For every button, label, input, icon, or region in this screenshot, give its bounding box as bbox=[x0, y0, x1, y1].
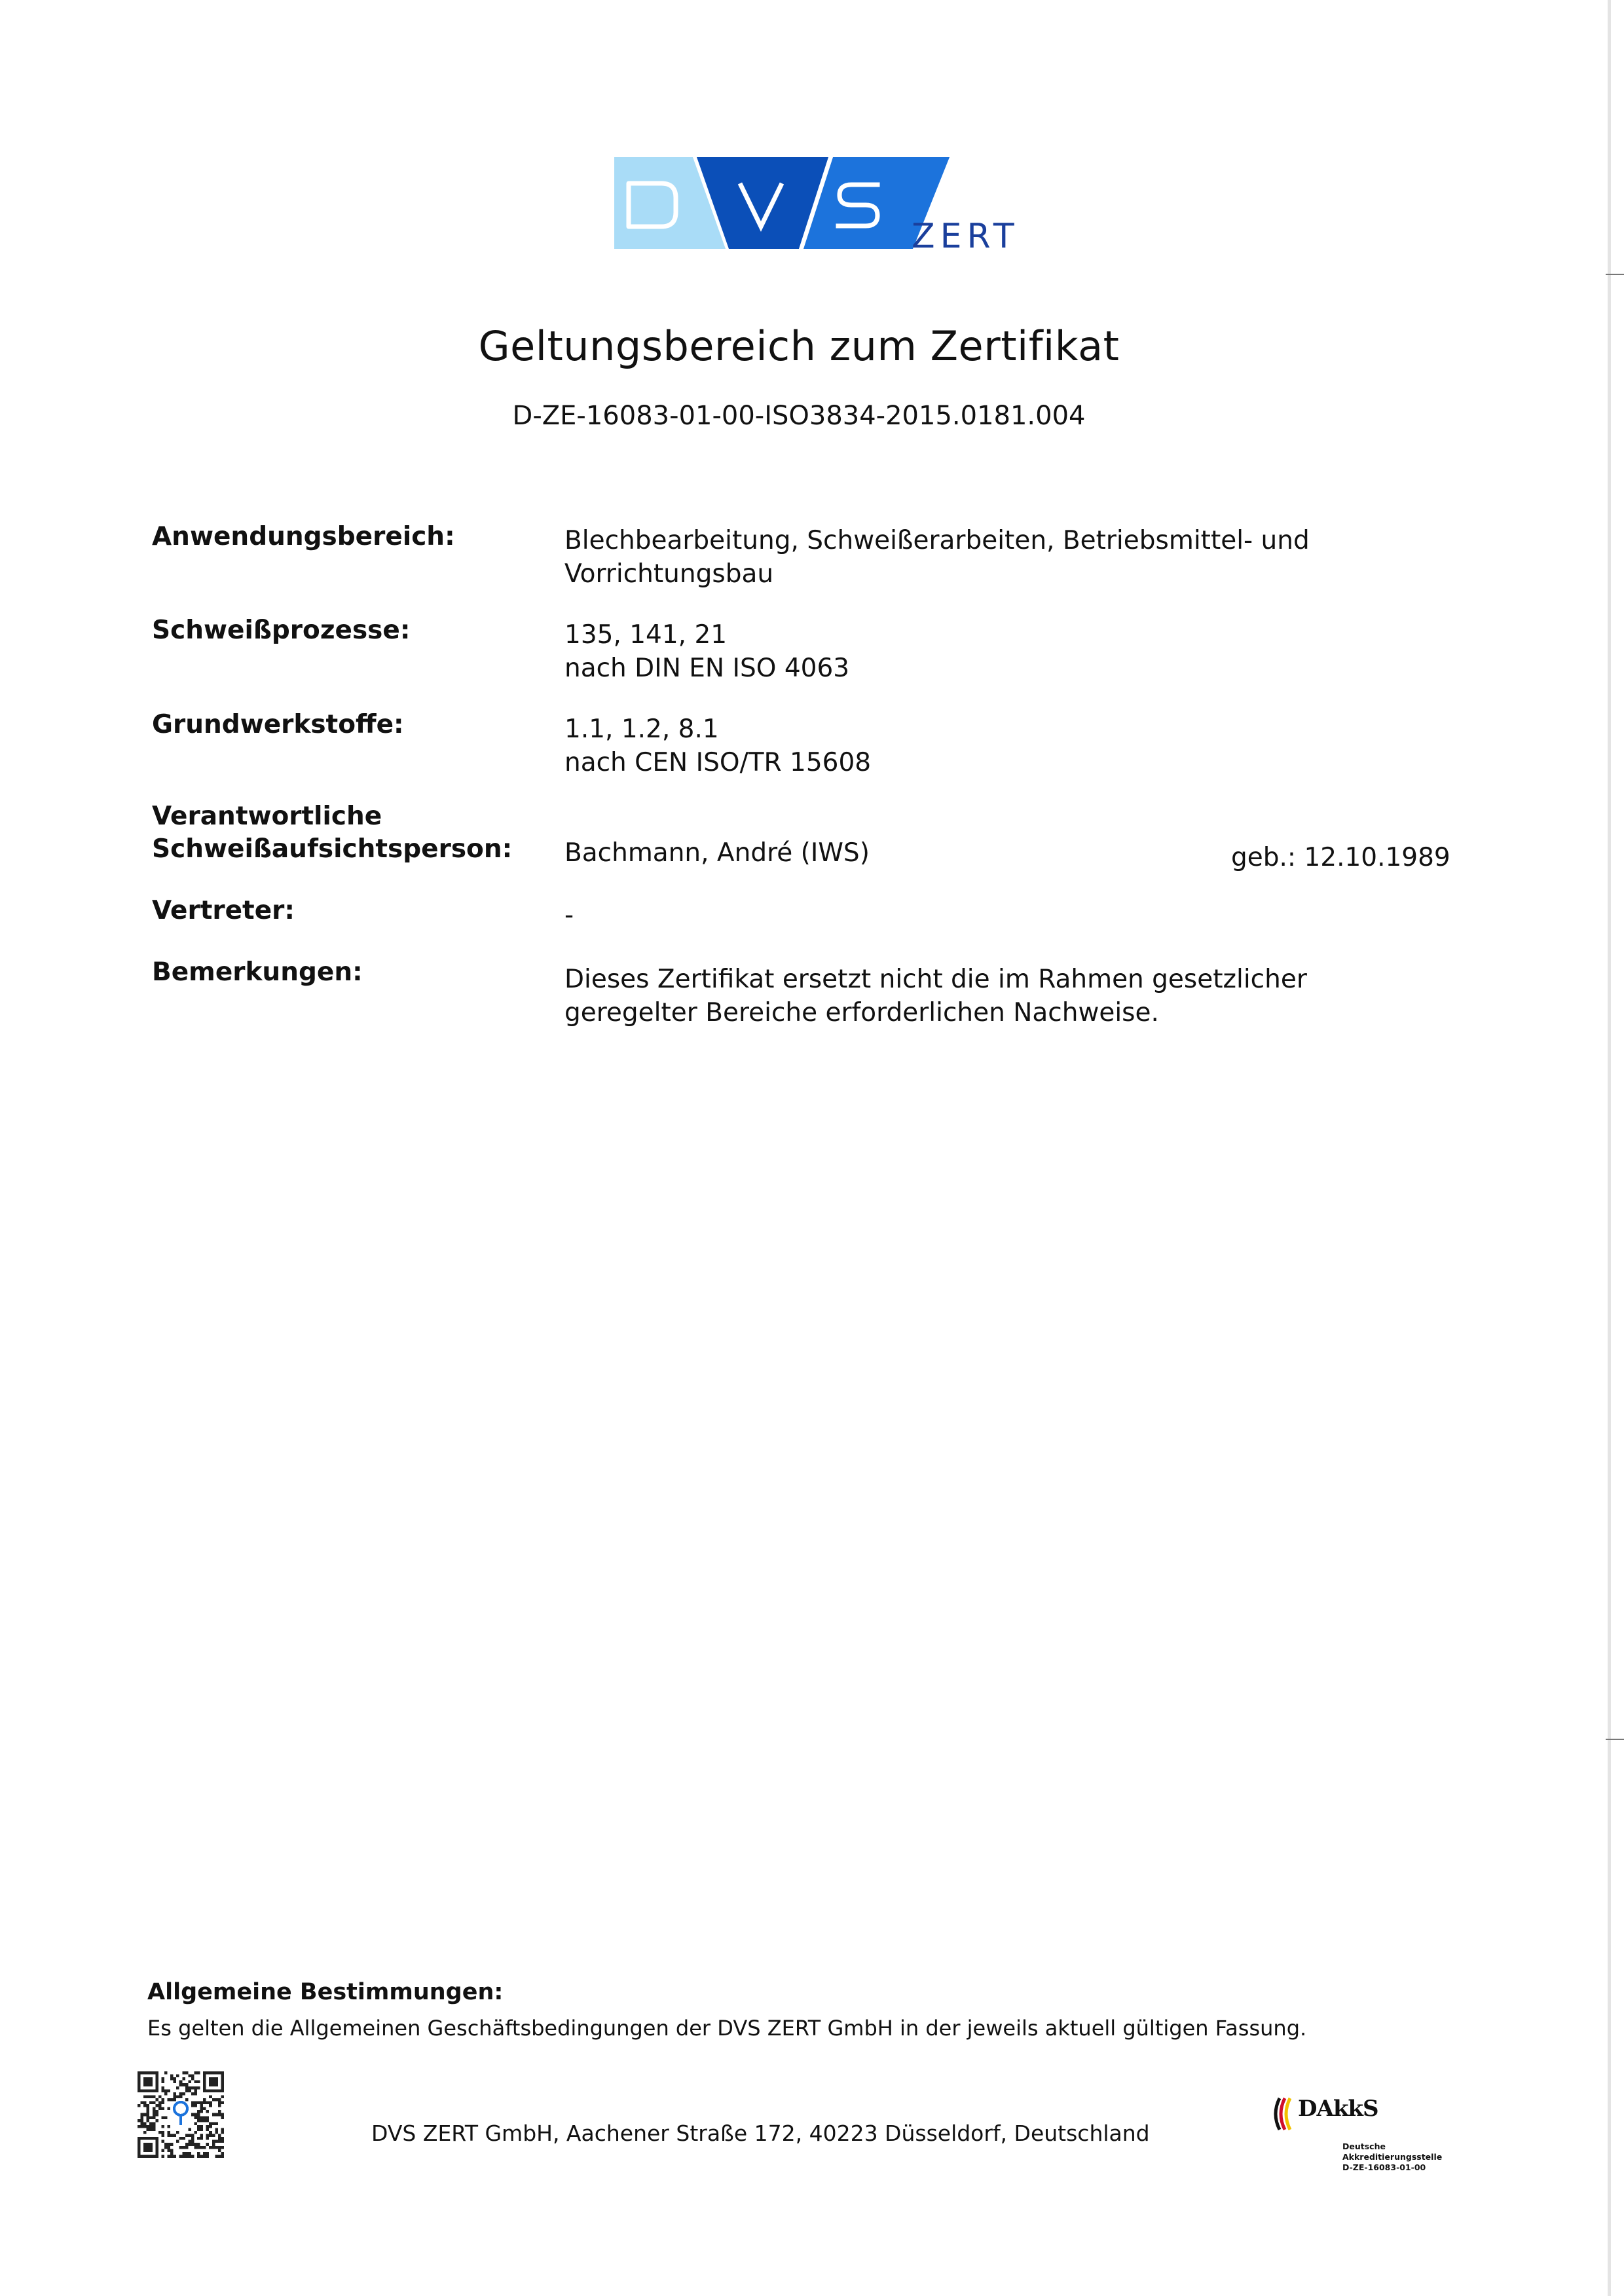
edge-tick-mark bbox=[1606, 1739, 1624, 1740]
remarks-line: Dieses Zertifikat ersetzt nicht die im R… bbox=[564, 963, 1307, 996]
remarks-value: Dieses Zertifikat ersetzt nicht die im R… bbox=[564, 963, 1307, 1029]
deputy-value: - bbox=[564, 898, 574, 932]
scope-value-line: Vorrichtungsbau bbox=[564, 557, 1310, 591]
dakks-line: Akkreditierungsstelle bbox=[1342, 2152, 1442, 2162]
base-materials-label: Grundwerkstoffe: bbox=[152, 709, 404, 741]
welding-processes-line: 135, 141, 21 bbox=[564, 618, 849, 652]
supervisor-label-line: Schweißaufsichtsperson: bbox=[152, 833, 512, 866]
welding-processes-value: 135, 141, 21 nach DIN EN ISO 4063 bbox=[564, 618, 849, 685]
general-terms-title: Allgemeine Bestimmungen: bbox=[147, 1979, 503, 2005]
qr-code-icon[interactable] bbox=[138, 2071, 224, 2158]
deputy-label: Vertreter: bbox=[152, 895, 295, 927]
dakks-line: Deutsche bbox=[1342, 2141, 1386, 2152]
dakks-stripes-icon bbox=[1270, 2094, 1299, 2134]
supervisor-label-line: Verantwortliche bbox=[152, 800, 512, 833]
svg-text:ZERT: ZERT bbox=[912, 217, 1020, 256]
certificate-number: D-ZE-16083-01-00-ISO3834-2015.0181.004 bbox=[0, 401, 1598, 431]
page-edge-line bbox=[1608, 0, 1611, 2296]
welding-processes-line: nach DIN EN ISO 4063 bbox=[564, 652, 849, 685]
welding-processes-label: Schweißprozesse: bbox=[152, 614, 410, 647]
scope-value: Blechbearbeitung, Schweißerarbeiten, Bet… bbox=[564, 524, 1310, 591]
supervisor-value: Bachmann, André (IWS) bbox=[564, 836, 870, 870]
edge-tick-mark bbox=[1606, 274, 1624, 275]
base-materials-line: 1.1, 1.2, 8.1 bbox=[564, 713, 871, 746]
base-materials-value: 1.1, 1.2, 8.1 nach CEN ISO/TR 15608 bbox=[564, 713, 871, 779]
dakks-accreditation-mark: DAkkS Deutsche Akkreditierungsstelle D-Z… bbox=[1270, 2094, 1467, 2179]
supervisor-label: Verantwortliche Schweißaufsichtsperson: bbox=[152, 800, 512, 866]
footer-address: DVS ZERT GmbH, Aachener Straße 172, 4022… bbox=[371, 2120, 1150, 2146]
scope-label: Anwendungsbereich: bbox=[152, 521, 455, 553]
dakks-name: DAkkS bbox=[1298, 2096, 1378, 2122]
dakks-line: D-ZE-16083-01-00 bbox=[1342, 2162, 1426, 2173]
remarks-label: Bemerkungen: bbox=[152, 956, 363, 989]
base-materials-line: nach CEN ISO/TR 15608 bbox=[564, 746, 871, 779]
scope-value-line: Blechbearbeitung, Schweißerarbeiten, Bet… bbox=[564, 524, 1310, 557]
page-title: Geltungsbereich zum Zertifikat bbox=[0, 322, 1598, 370]
remarks-line: geregelter Bereiche erforderlichen Nachw… bbox=[564, 996, 1307, 1029]
dvs-zert-logo: ZERT bbox=[609, 152, 1041, 257]
general-terms-text: Es gelten die Allgemeinen Geschäftsbedin… bbox=[147, 2016, 1306, 2041]
supervisor-birth-date: geb.: 12.10.1989 bbox=[1231, 843, 1450, 872]
